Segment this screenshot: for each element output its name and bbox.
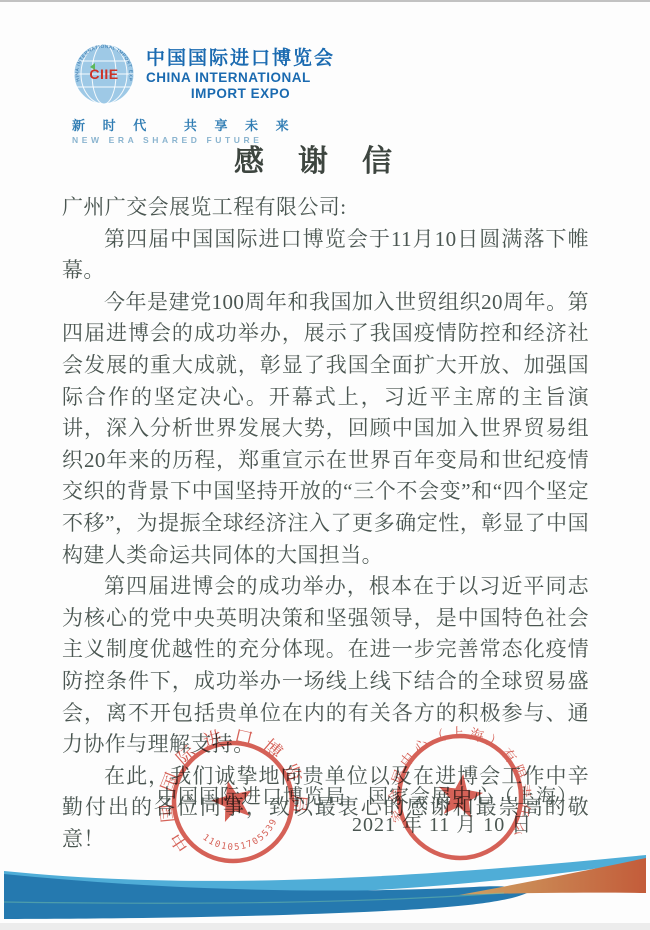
logo-cn-name: 中国国际进口博览会 [146,48,335,70]
logo-en-name-line2: IMPORT EXPO [146,86,335,101]
page-bottom-strip [0,923,650,930]
logo-en-name-line1: CHINA INTERNATIONAL [146,70,335,86]
letter-title: 感 谢 信 [0,136,628,180]
ciie-globe-icon: CHINA INTERNATIONAL IMPORT EXPO CIIE [72,42,136,106]
thank-you-letter-page: CHINA INTERNATIONAL IMPORT EXPO CIIE 中国国… [0,0,650,930]
body-paragraph: 第四届中国国际进口博览会于11月10日圆满落下帷幕。 [62,224,589,287]
footer-wave-graphic [4,845,646,925]
seal-star-icon [208,776,257,824]
ciie-logo: CHINA INTERNATIONAL IMPORT EXPO CIIE 中国国… [72,42,335,145]
logo-tagline-cn: 新 时 代 共 享 未 来 [72,115,335,134]
seal-star-icon [435,771,485,819]
globe-ciie-letters: CIIE [89,66,118,82]
letter-salutation: 广州广交会展览工程有限公司: [62,192,589,224]
body-paragraph: 今年是建党100周年和我国加入世贸组织20周年。第四届进博会的成功举办，展示了我… [62,287,589,571]
